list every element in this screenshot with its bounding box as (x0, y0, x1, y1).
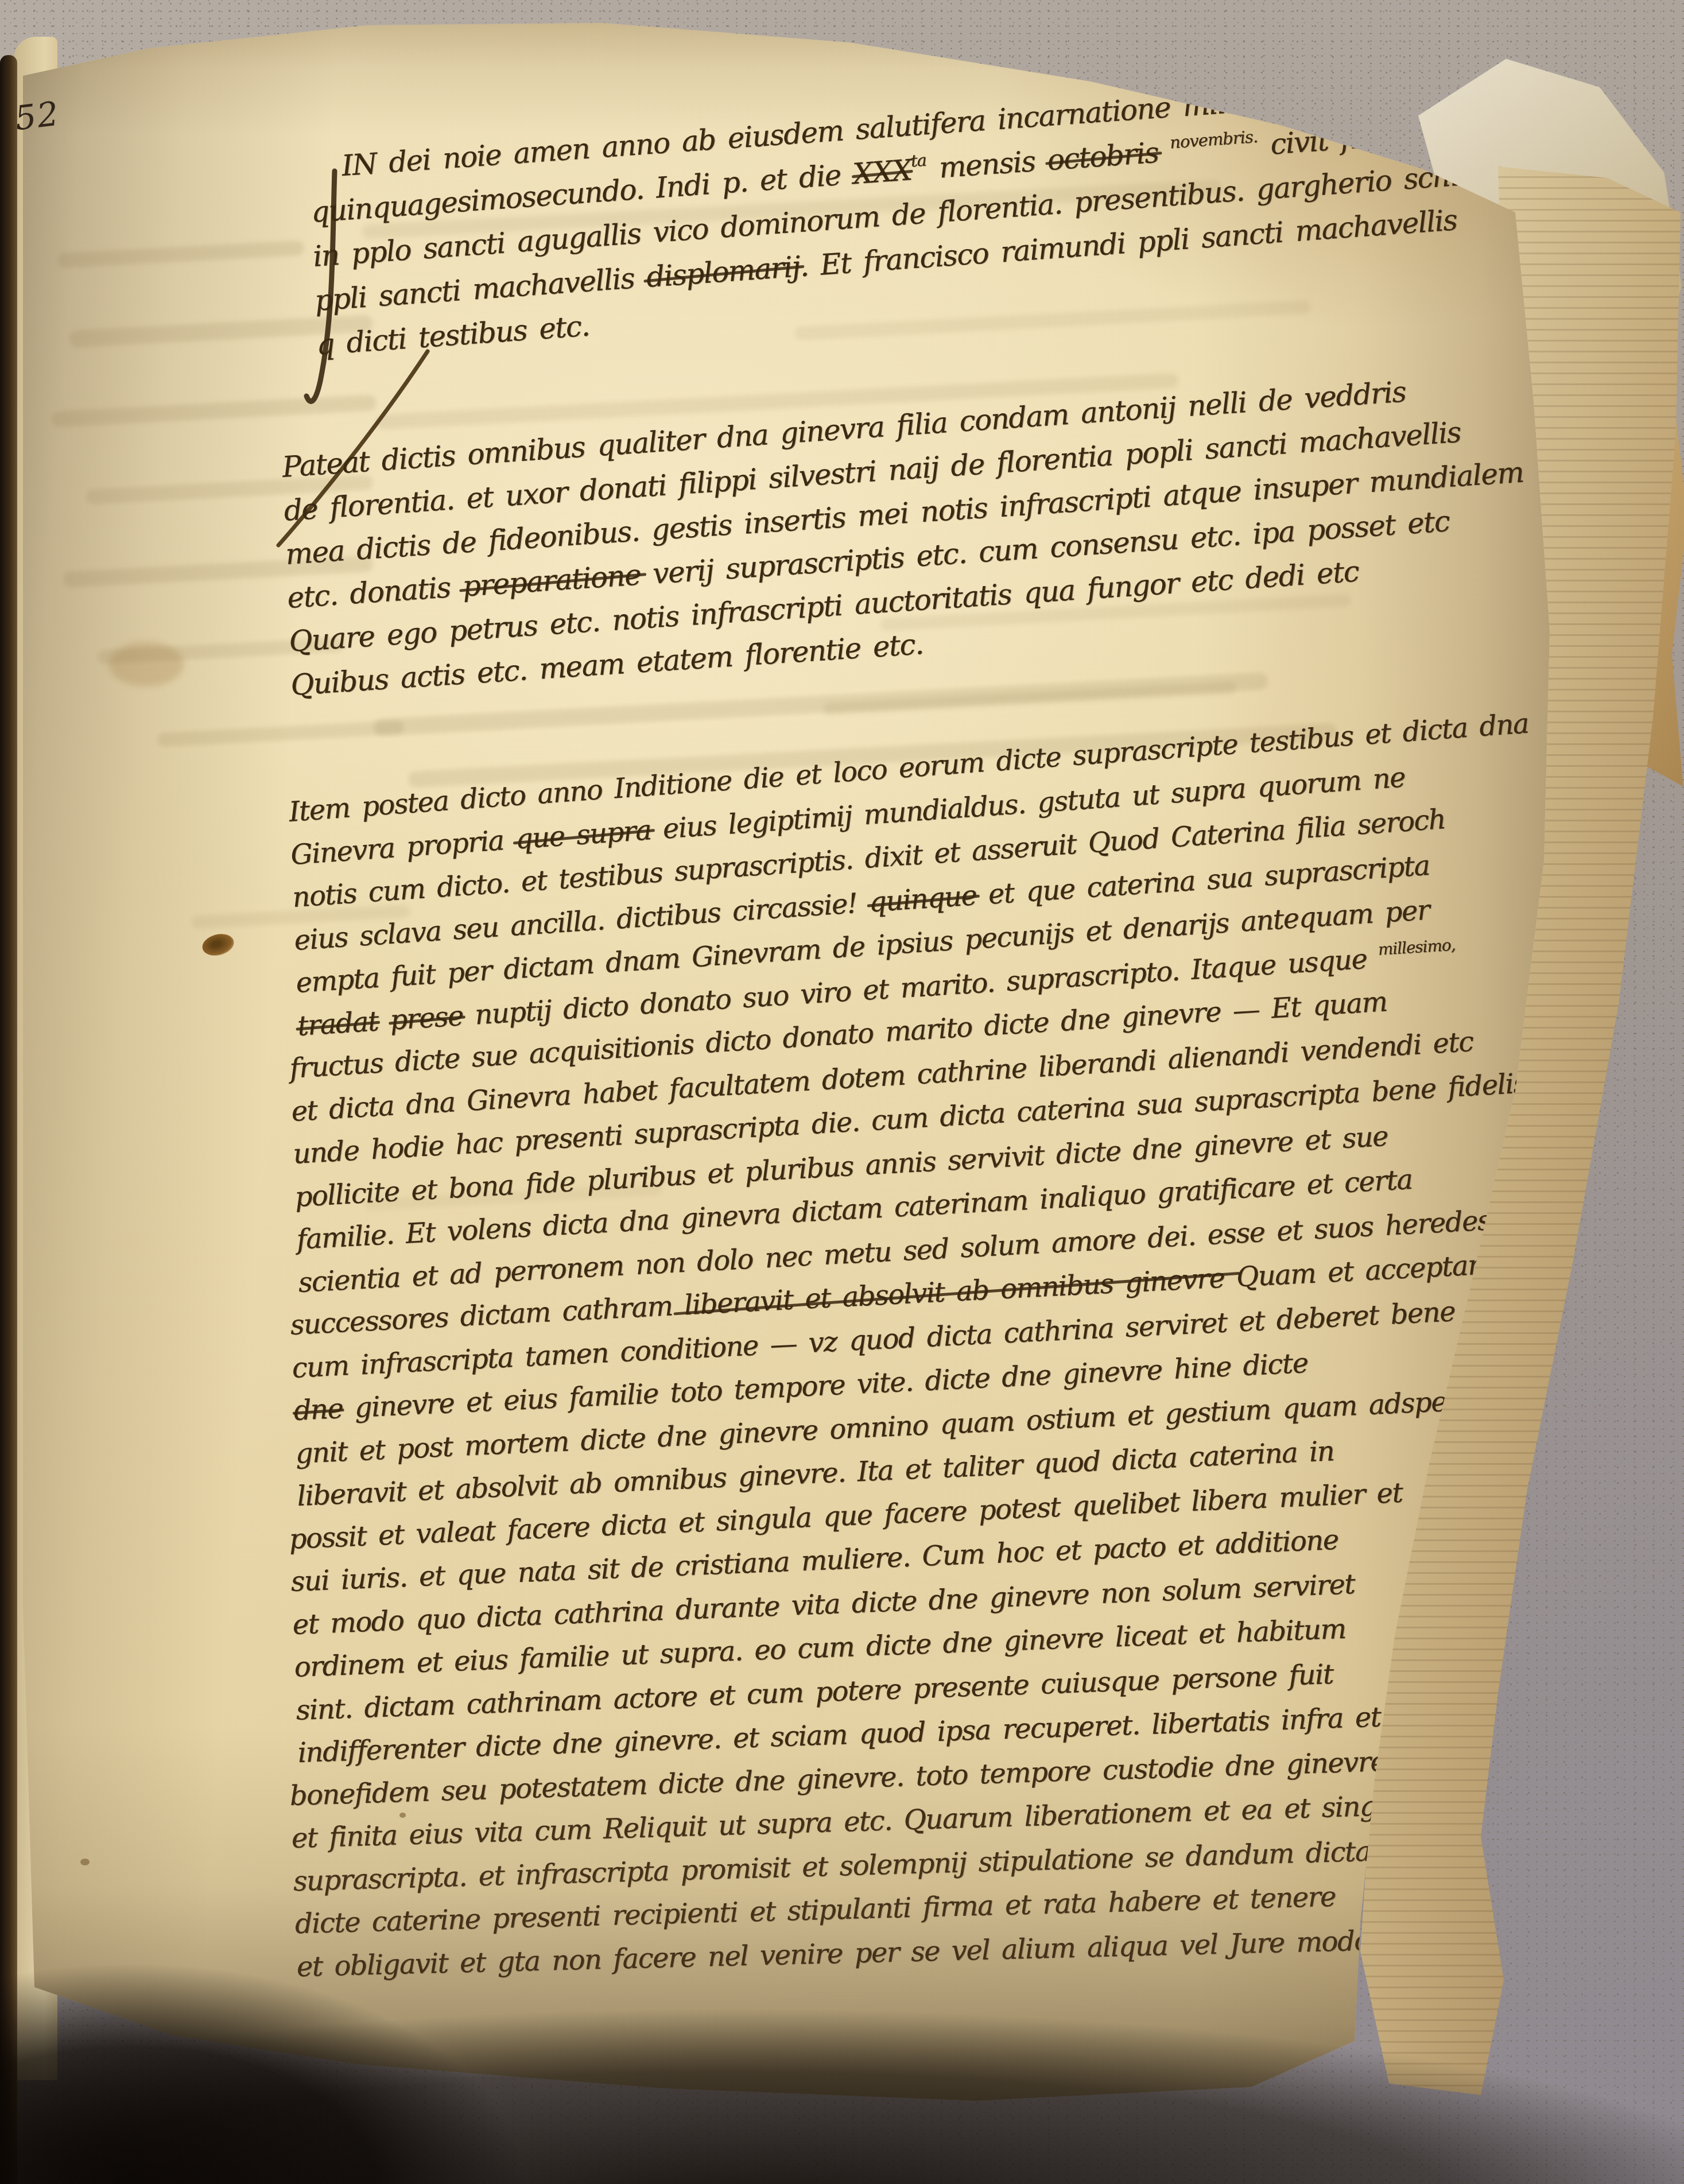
superscript-segment: ta (909, 138, 928, 184)
strikethrough-segment: displomarij (645, 250, 801, 294)
strikethrough-segment: que supra (514, 814, 652, 855)
handwritten-text-layer: IN dei noie amen anno ab eiusdem salutif… (20, 15, 1586, 2107)
text-segment: etc. donatis (286, 570, 464, 615)
strikethrough-segment: quinque (868, 879, 977, 918)
superscript-segment: millesimo, (1377, 924, 1457, 971)
book-spine (0, 55, 17, 2184)
text-segment: mensis (926, 143, 1049, 185)
strikethrough-segment: XXX (852, 153, 913, 191)
strikethrough-segment: tradat (296, 1005, 379, 1042)
superscript-segment: novembris. (1168, 115, 1259, 165)
margin-left-number: 52 (13, 94, 62, 138)
manuscript-page: IN dei noie amen anno ab eiusdem salutif… (20, 15, 1586, 2107)
strikethrough-segment: preparatione (461, 558, 642, 603)
strikethrough-segment: octobris (1046, 136, 1159, 177)
manuscript-photo-scene: IN dei noie amen anno ab eiusdem salutif… (0, 0, 1684, 2184)
strikethrough-segment: dne (293, 1392, 343, 1427)
strikethrough-segment: prese (389, 999, 464, 1036)
